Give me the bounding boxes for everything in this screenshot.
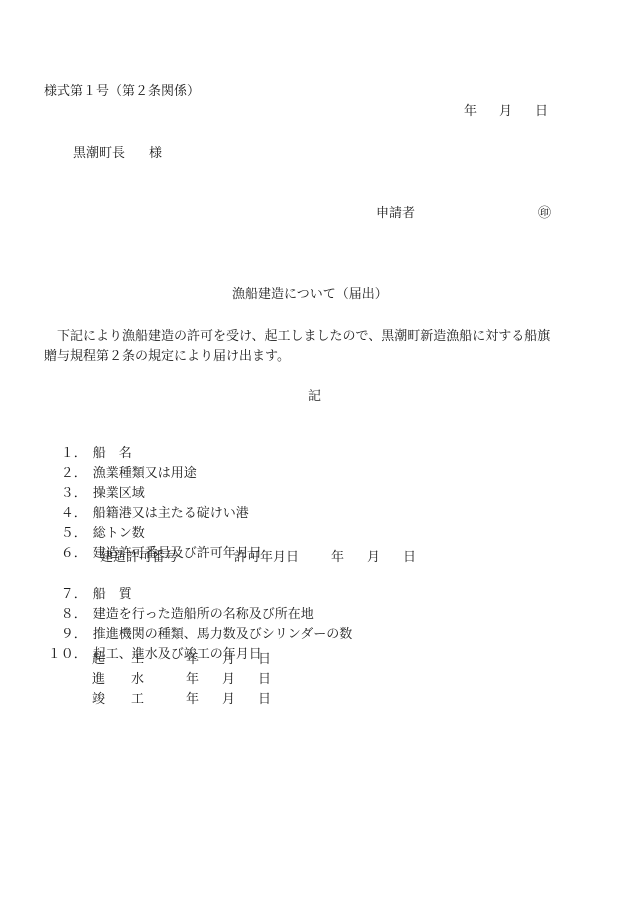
permit-day: 日 <box>403 550 416 566</box>
document-title: 漁船建造について（届出） <box>232 287 388 303</box>
milestone-label: 進 水 <box>92 672 144 688</box>
permit-month: 月 <box>367 550 380 566</box>
body-line-1: 下記により漁船建造の許可を受け、起工しましたので、黒潮町新造漁船に対する船旗 <box>57 329 550 345</box>
milestone-year: 年 <box>186 672 199 688</box>
addressee-name: 黒潮町長 <box>73 146 125 162</box>
applicant-label: 申請者 <box>376 206 415 222</box>
milestone-label: 起 工 <box>92 652 144 668</box>
milestone-year: 年 <box>186 692 199 708</box>
milestone-month: 月 <box>222 652 235 668</box>
milestone-day: 日 <box>258 692 271 708</box>
addressee-honorific: 様 <box>149 146 162 162</box>
milestone-month: 月 <box>222 672 235 688</box>
permit-date-label: 許可年月日 <box>234 550 299 566</box>
milestone-label: 竣 工 <box>92 692 144 708</box>
milestone-day: 日 <box>258 652 271 668</box>
milestone-year: 年 <box>186 652 199 668</box>
date-day: 日 <box>535 104 548 120</box>
permit-number-label: 建造許可番号 <box>100 550 178 566</box>
form-id: 様式第１号（第２条関係） <box>44 84 200 100</box>
milestone-month: 月 <box>222 692 235 708</box>
body-line-2: 贈与規程第２条の規定により届け出ます。 <box>44 349 290 365</box>
permit-year: 年 <box>331 550 344 566</box>
seal-icon: ㊞ <box>538 206 551 222</box>
ki-heading: 記 <box>308 389 321 405</box>
date-year: 年 <box>464 104 477 120</box>
milestone-day: 日 <box>258 672 271 688</box>
date-month: 月 <box>499 104 512 120</box>
